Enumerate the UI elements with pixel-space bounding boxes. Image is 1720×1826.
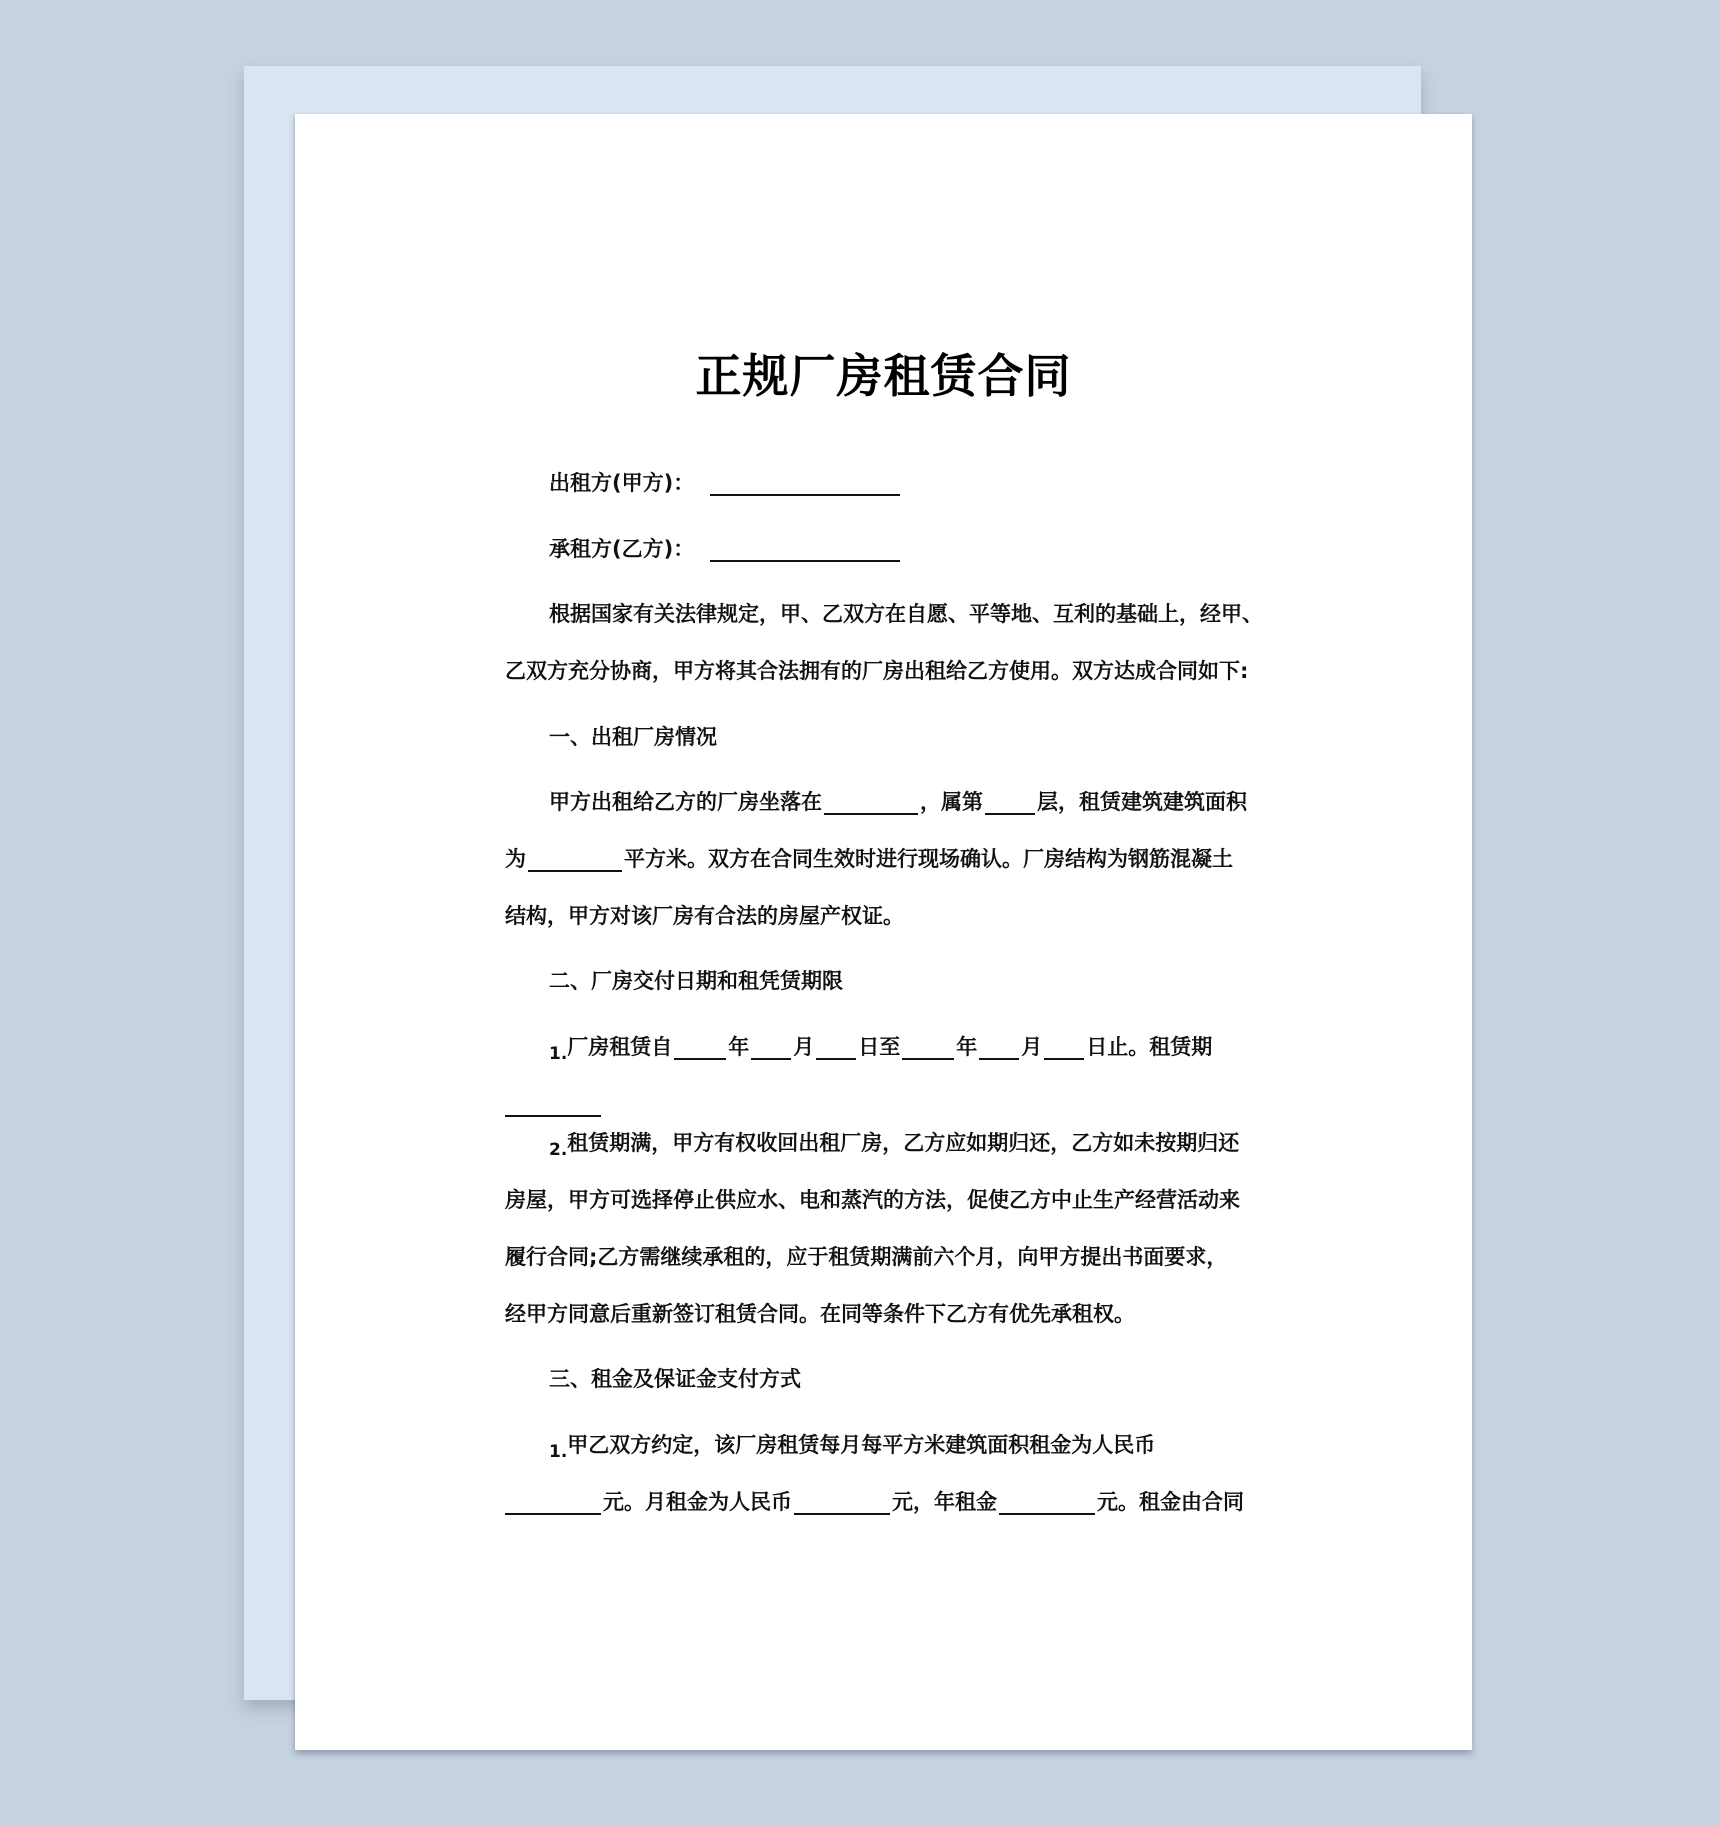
lessor-blank[interactable] bbox=[710, 470, 900, 496]
section-2-item-2-line-4: 经甲方同意后重新签订租赁合同。在同等条件下乙方有优先承租权。 bbox=[505, 1300, 1265, 1328]
text-segment: 甲乙双方约定，该厂房租赁每月每平方米建筑面积租金为人民币 bbox=[567, 1433, 1155, 1457]
rent-per-sqm-blank[interactable] bbox=[505, 1489, 601, 1515]
section-1-heading: 一、出租厂房情况 bbox=[505, 723, 1309, 751]
section-1-para-line-2: 为平方米。双方在合同生效时进行现场确认。厂房结构为钢筋混凝土 bbox=[505, 845, 1265, 873]
lessee-label: 承租方(乙方)： bbox=[549, 537, 694, 561]
text-segment: 层，租赁建筑建筑面积 bbox=[1037, 790, 1247, 814]
end-day-blank[interactable] bbox=[1044, 1034, 1084, 1060]
start-day-blank[interactable] bbox=[816, 1034, 856, 1060]
item-number: 1. bbox=[549, 1442, 567, 1462]
section-2-item-2-line-3: 履行合同;乙方需继续承租的，应于租赁期满前六个月，向甲方提出书面要求， bbox=[505, 1243, 1265, 1271]
text-segment: 年 bbox=[728, 1035, 749, 1059]
document-page: 正规厂房租赁合同 出租方(甲方)： 承租方(乙方)： 根据国家有关法律规定，甲、… bbox=[295, 114, 1472, 1750]
item-number: 2. bbox=[549, 1140, 567, 1160]
preamble-line-1: 根据国家有关法律规定，甲、乙双方在自愿、平等地、互利的基础上，经甲、 bbox=[505, 600, 1309, 628]
area-blank[interactable] bbox=[528, 846, 622, 872]
section-2-heading: 二、厂房交付日期和租凭赁期限 bbox=[505, 967, 1309, 995]
text-segment: 月 bbox=[1021, 1035, 1042, 1059]
text-segment: 甲方出租给乙方的厂房坐落在 bbox=[549, 790, 822, 814]
start-month-blank[interactable] bbox=[751, 1034, 791, 1060]
annual-rent-blank[interactable] bbox=[999, 1489, 1095, 1515]
end-month-blank[interactable] bbox=[979, 1034, 1019, 1060]
monthly-rent-blank[interactable] bbox=[794, 1489, 890, 1515]
item-number: 1. bbox=[549, 1044, 567, 1064]
section-1-para-line-3: 结构，甲方对该厂房有合法的房屋产权证。 bbox=[505, 902, 1265, 930]
text-segment: 月 bbox=[793, 1035, 814, 1059]
section-3-item-1-line-1: 1.甲乙双方约定，该厂房租赁每月每平方米建筑面积租金为人民币 bbox=[505, 1431, 1309, 1466]
lessor-label: 出租方(甲方)： bbox=[549, 471, 694, 495]
section-2-item-2-line-2: 房屋，甲方可选择停止供应水、电和蒸汽的方法，促使乙方中止生产经营活动来 bbox=[505, 1186, 1265, 1214]
lease-term-blank[interactable] bbox=[505, 1091, 601, 1117]
start-year-blank[interactable] bbox=[674, 1034, 726, 1060]
section-3-item-1-line-2: 元。月租金为人民币元，年租金元。租金由合同 bbox=[505, 1488, 1265, 1516]
text-segment: 年 bbox=[956, 1035, 977, 1059]
location-blank[interactable] bbox=[824, 789, 918, 815]
preamble-line-2: 乙双方充分协商，甲方将其合法拥有的厂房出租给乙方使用。双方达成合同如下: bbox=[505, 657, 1265, 685]
text-segment: 日至 bbox=[858, 1035, 900, 1059]
section-2-item-2-line-1: 2.租赁期满，甲方有权收回出租厂房，乙方应如期归还，乙方如未按期归还 bbox=[505, 1129, 1309, 1164]
text-segment: 平方米。双方在合同生效时进行现场确认。厂房结构为钢筋混凝土 bbox=[624, 847, 1233, 871]
end-year-blank[interactable] bbox=[902, 1034, 954, 1060]
floor-blank[interactable] bbox=[985, 789, 1035, 815]
section-2-item-1-line-1: 1.厂房租赁自年月日至年月日止。租赁期 bbox=[505, 1033, 1309, 1068]
text-segment: 元。租金由合同 bbox=[1097, 1490, 1244, 1514]
text-segment: 租赁期满，甲方有权收回出租厂房，乙方应如期归还，乙方如未按期归还 bbox=[567, 1131, 1239, 1155]
lessor-line: 出租方(甲方)： bbox=[505, 469, 1309, 497]
lessee-line: 承租方(乙方)： bbox=[505, 535, 1309, 563]
text-segment: 日止。租赁期 bbox=[1086, 1035, 1212, 1059]
section-3-heading: 三、租金及保证金支付方式 bbox=[505, 1365, 1309, 1393]
text-segment: 厂房租赁自 bbox=[567, 1035, 672, 1059]
document-title: 正规厂房租赁合同 bbox=[295, 340, 1472, 406]
text-segment: 元。月租金为人民币 bbox=[603, 1490, 792, 1514]
text-segment: ，属第 bbox=[920, 790, 983, 814]
section-2-item-1-line-2 bbox=[505, 1090, 1265, 1118]
lessee-blank[interactable] bbox=[710, 536, 900, 562]
section-1-para-line-1: 甲方出租给乙方的厂房坐落在，属第层，租赁建筑建筑面积 bbox=[505, 788, 1309, 816]
text-segment: 为 bbox=[505, 847, 526, 871]
text-segment: 元，年租金 bbox=[892, 1490, 997, 1514]
